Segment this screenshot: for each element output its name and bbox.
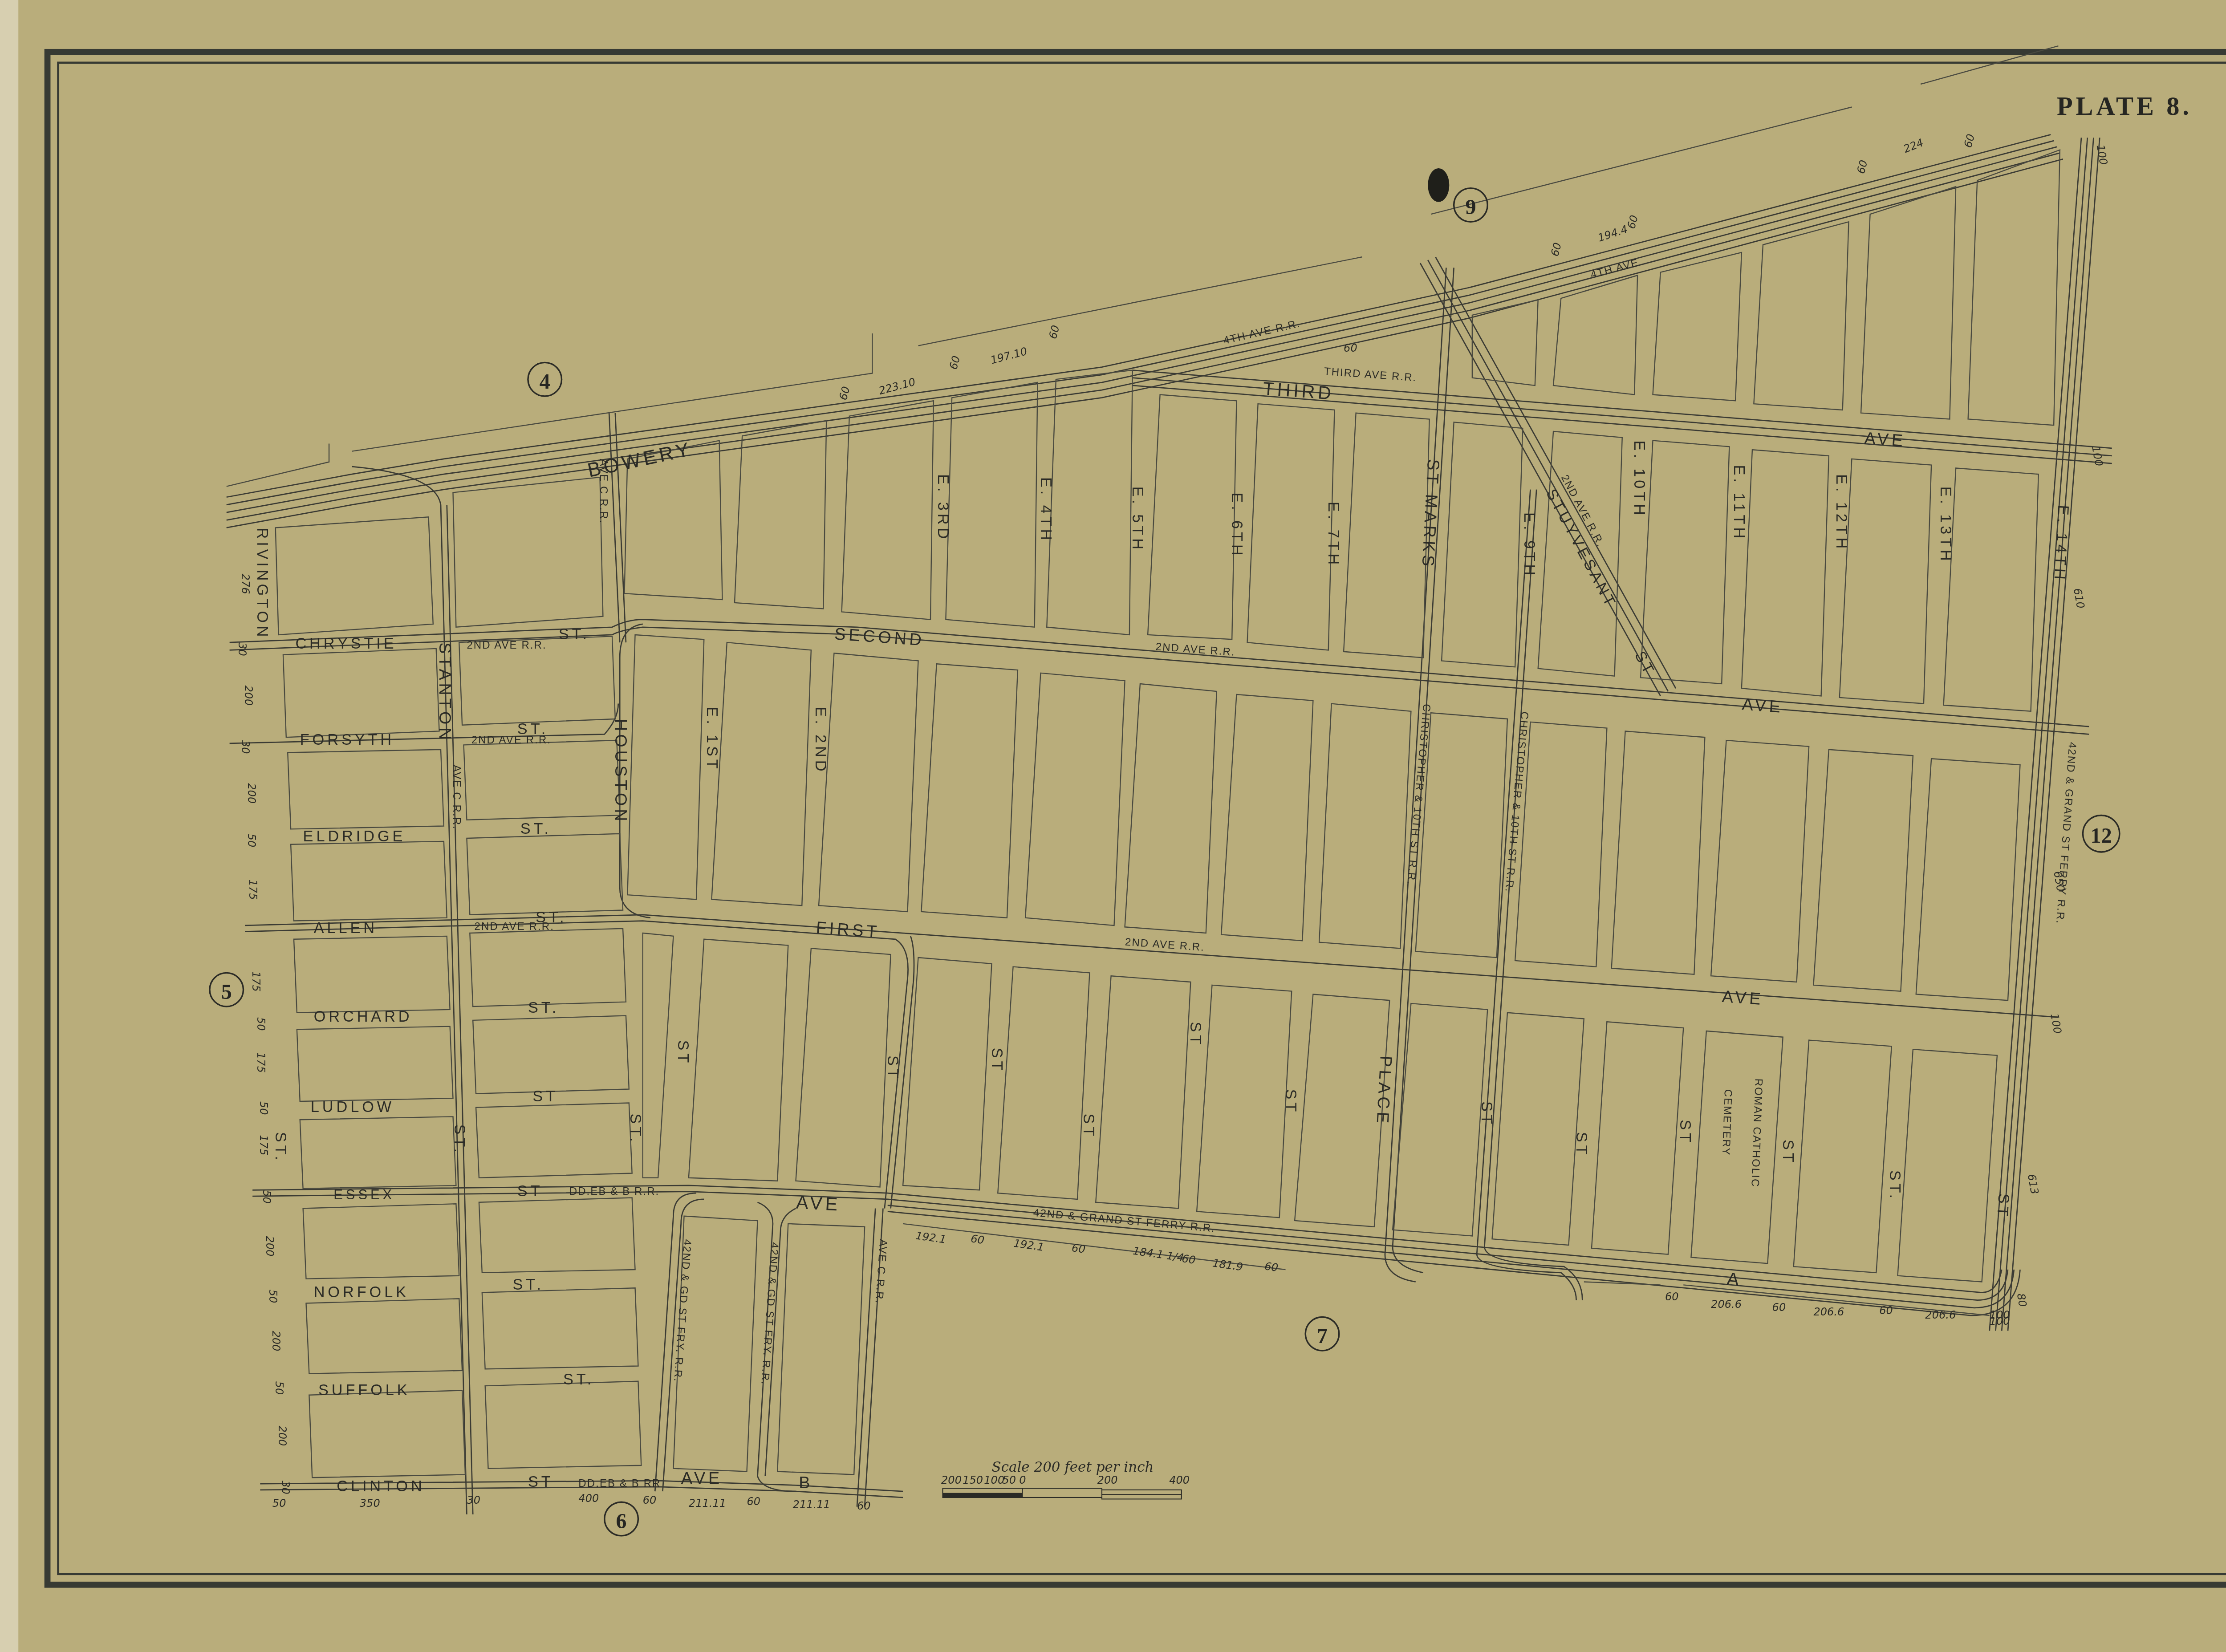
label-st-3: ST: [988, 1048, 1005, 1074]
svg-text:60: 60: [1665, 1291, 1679, 1303]
label-e4th: E. 4TH: [1037, 477, 1054, 543]
svg-text:276: 276: [239, 574, 252, 594]
svg-text:200: 200: [264, 1236, 276, 1256]
svg-text:175: 175: [257, 1135, 270, 1156]
binding-edge: [0, 0, 18, 1652]
svg-text:50: 50: [257, 1101, 270, 1115]
svg-text:30: 30: [467, 1494, 480, 1506]
label-eldridge: ELDRIDGE: [303, 828, 406, 845]
svg-text:30: 30: [239, 740, 252, 754]
label-st-4: ST: [1080, 1113, 1097, 1139]
label-e9th: E. 9TH: [1521, 512, 1538, 578]
svg-text:200: 200: [242, 685, 255, 706]
svg-text:200: 200: [1097, 1474, 1118, 1486]
label-e2nd: E. 2ND: [812, 706, 829, 774]
label-e10th: E. 10TH: [1631, 441, 1648, 518]
label-clinton-st: ST: [528, 1473, 554, 1490]
label-e3rd: E. 3RD: [934, 474, 951, 542]
svg-text:4: 4: [540, 370, 550, 394]
plate-title: PLATE 8.: [2057, 92, 2192, 121]
label-st-11: ST.: [1886, 1170, 1903, 1201]
label-st-2: ST: [884, 1055, 901, 1081]
label-e11th: E. 11TH: [1730, 465, 1747, 542]
svg-text:100: 100: [984, 1474, 1004, 1486]
scale-title: Scale 200 feet per inch: [991, 1459, 1154, 1475]
svg-text:60: 60: [1071, 1242, 1086, 1256]
svg-text:175: 175: [250, 971, 262, 992]
svg-text:60: 60: [970, 1232, 985, 1246]
label-first-ave: AVE: [1722, 987, 1764, 1009]
label-norfolk-st: ST.: [513, 1276, 544, 1293]
label-stanton-rr: AVE C R.R.: [450, 765, 462, 830]
svg-text:200: 200: [276, 1425, 288, 1446]
svg-text:50: 50: [245, 834, 258, 848]
svg-text:400: 400: [578, 1492, 599, 1505]
label-stanton: STANTON: [435, 642, 454, 743]
label-ave-a: AVE: [796, 1192, 841, 1215]
svg-text:60: 60: [857, 1500, 871, 1512]
label-suffolk: SUFFOLK: [318, 1382, 410, 1399]
label-third-ave: AVE: [1864, 429, 1906, 451]
label-ave-b-letter: B: [799, 1473, 813, 1492]
svg-text:9: 9: [1465, 195, 1476, 219]
svg-text:200: 200: [941, 1474, 962, 1486]
svg-text:60: 60: [643, 1494, 657, 1506]
label-5-st: ST.: [272, 1132, 289, 1163]
svg-text:60: 60: [1344, 342, 1357, 354]
svg-text:400: 400: [1169, 1474, 1190, 1486]
label-chrystie-rr: 2ND AVE R.R.: [467, 639, 546, 651]
label-eldridge-st: ST.: [520, 820, 552, 837]
label-e13th: E. 13TH: [1937, 487, 1954, 564]
svg-text:100: 100: [1990, 1315, 2010, 1327]
label-forsyth: FORSYTH: [300, 731, 394, 748]
label-essex: ESSEX: [333, 1187, 395, 1202]
label-ave-a-letter: A: [1726, 1268, 1743, 1290]
svg-text:50: 50: [1003, 1474, 1016, 1486]
label-st-8: ST: [1573, 1132, 1590, 1158]
label-second-ave: AVE: [1741, 695, 1784, 716]
svg-text:80: 80: [2015, 1292, 2029, 1308]
label-e1st: E. 1ST: [703, 706, 720, 771]
label-st-1: ST: [674, 1040, 691, 1066]
svg-text:206.6: 206.6: [1711, 1298, 1742, 1311]
svg-text:50: 50: [272, 1497, 286, 1510]
map-sheet: PLATE 8.: [0, 0, 2226, 1652]
label-e7th: E. 7TH: [1325, 502, 1342, 568]
label-rivington: RIVINGTON: [253, 528, 270, 640]
svg-text:175: 175: [247, 880, 259, 900]
svg-text:150: 150: [963, 1474, 983, 1486]
label-e6th: E. 6TH: [1228, 492, 1245, 558]
svg-text:50: 50: [254, 1017, 267, 1031]
label-st-6: ST: [1282, 1089, 1299, 1115]
label-st-7: ST: [1478, 1101, 1495, 1127]
svg-text:50: 50: [273, 1381, 285, 1395]
label-stanton-st: ST.: [451, 1124, 468, 1156]
svg-text:50: 50: [260, 1190, 273, 1204]
svg-text:206.6: 206.6: [1813, 1306, 1844, 1318]
label-allen: ALLEN: [314, 920, 378, 937]
label-houston-st: ST.: [627, 1113, 644, 1145]
svg-text:30: 30: [236, 642, 248, 656]
label-e5th: E. 5TH: [1129, 487, 1146, 552]
svg-text:60: 60: [747, 1495, 760, 1508]
label-houston: HOUSTON: [611, 719, 630, 824]
label-orchard-st: ST.: [528, 999, 559, 1016]
svg-text:12: 12: [2091, 824, 2112, 848]
label-suffolk-st: ST.: [563, 1371, 594, 1388]
svg-text:350: 350: [360, 1497, 380, 1510]
svg-text:211.11: 211.11: [793, 1498, 830, 1511]
svg-text:60: 60: [1181, 1252, 1196, 1266]
svg-text:200: 200: [245, 783, 258, 804]
map-canvas: PLATE 8.: [0, 0, 2226, 1652]
label-orchard: ORCHARD: [314, 1008, 413, 1025]
svg-text:175: 175: [254, 1052, 267, 1073]
label-ludlow-st: ST: [532, 1088, 558, 1105]
label-ludlow: LUDLOW: [311, 1099, 394, 1116]
label-forsyth-rr: 2ND AVE R.R.: [471, 734, 551, 746]
svg-text:211.11: 211.11: [689, 1497, 726, 1510]
label-allen-rr: 2ND AVE R.R.: [475, 921, 554, 933]
label-chrystie: CHRYSTIE: [295, 635, 397, 652]
svg-text:200: 200: [270, 1331, 282, 1351]
dimensions-third-north: 60: [1344, 342, 1357, 354]
label-chrystie-st: ST.: [559, 626, 590, 643]
svg-text:60: 60: [1264, 1260, 1279, 1274]
svg-text:60: 60: [1772, 1301, 1786, 1314]
label-st-5: ST: [1187, 1022, 1204, 1047]
label-e12th: E. 12TH: [1833, 474, 1850, 552]
label-st-12: ST: [1994, 1193, 2012, 1220]
svg-text:0: 0: [1019, 1474, 1026, 1486]
label-norfolk: NORFOLK: [314, 1284, 409, 1301]
label-cemetery-2: CEMETERY: [1720, 1089, 1734, 1156]
label-clinton: CLINTON: [337, 1478, 425, 1495]
svg-text:206.6: 206.6: [1925, 1309, 1956, 1321]
svg-text:6: 6: [616, 1510, 627, 1533]
label-st-9: ST: [1677, 1120, 1694, 1145]
label-ave-b-rr: DD.EB & B RR: [578, 1477, 661, 1490]
svg-text:5: 5: [221, 980, 232, 1004]
label-essex-rr: DD.EB & B R.R.: [569, 1185, 660, 1197]
label-place: PLACE: [1373, 1055, 1395, 1126]
svg-text:50: 50: [267, 1290, 279, 1303]
svg-text:30: 30: [279, 1481, 291, 1494]
label-essex-st: ST: [517, 1183, 543, 1200]
paper: [0, 0, 2226, 1652]
label-ave-b: AVE: [681, 1469, 723, 1488]
svg-text:7: 7: [1317, 1324, 1328, 1348]
svg-text:60: 60: [1879, 1304, 1893, 1317]
label-houston-rr: AVE C R.R.: [597, 459, 609, 524]
label-st-10: ST: [1779, 1140, 1796, 1165]
